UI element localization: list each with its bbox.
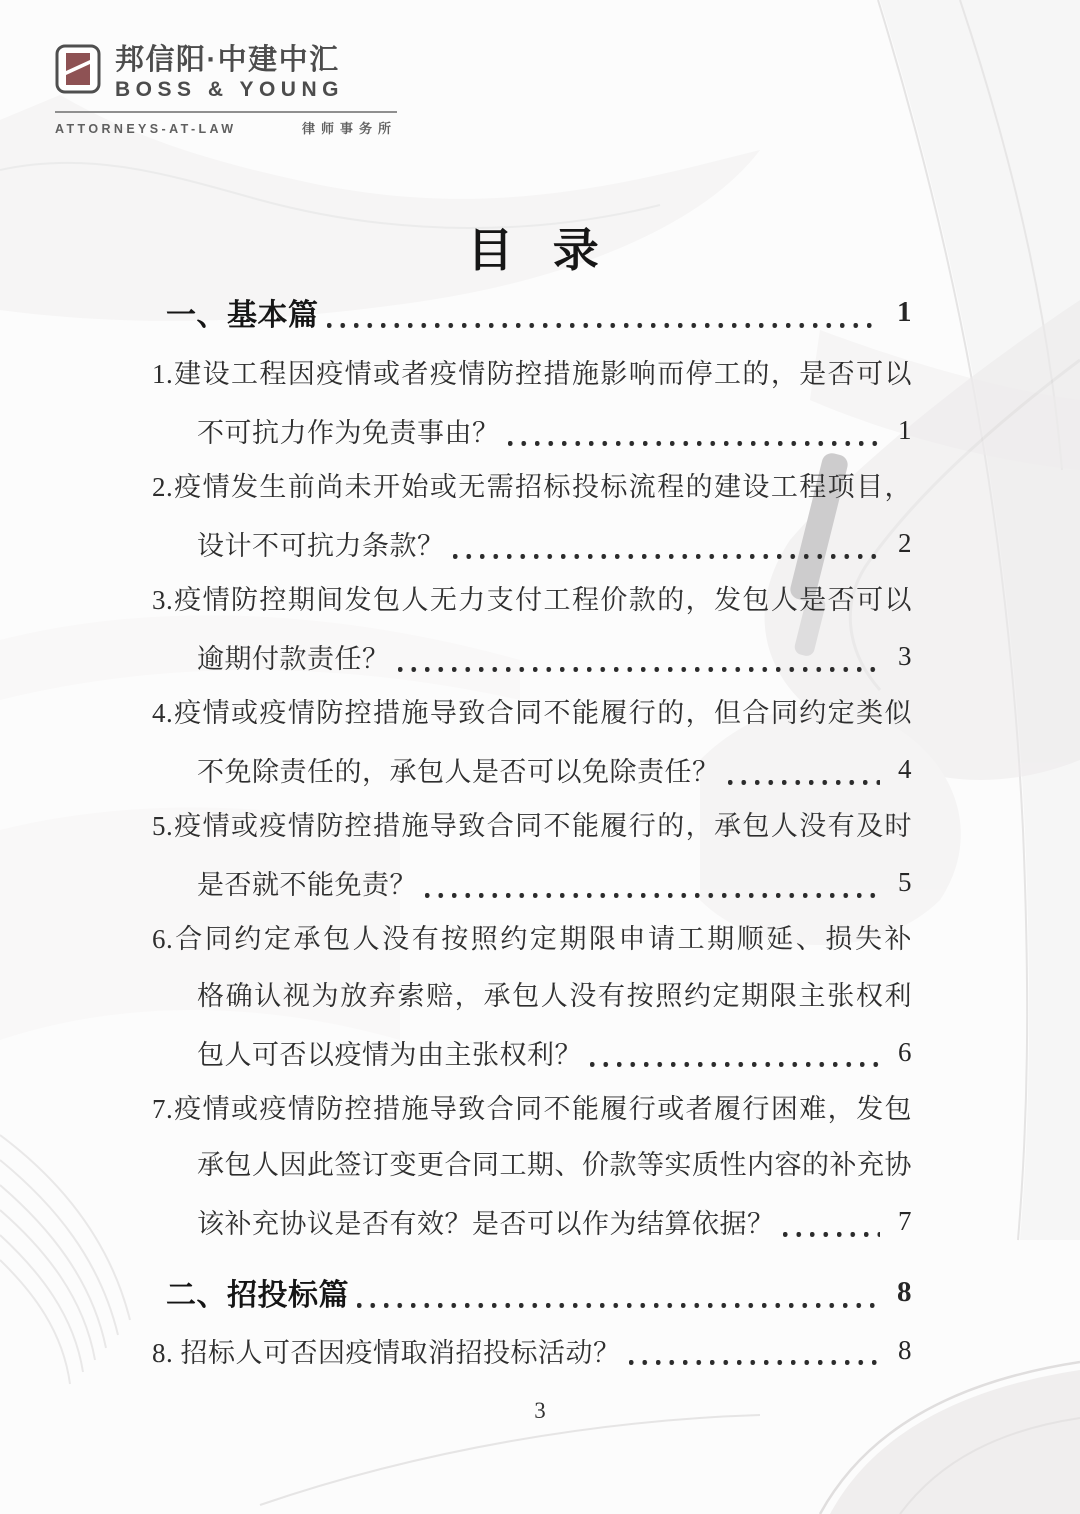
toc-line: 该补充协议是否有效？是否可以作为结算依据？7 [152, 1194, 912, 1251]
toc-item: 2.疫情发生前尚未开始或无需招标投标流程的建设工程项目，如何设计不可抗力条款？2 [152, 459, 912, 572]
toc-line: 7.疫情或疫情防控措施导致合同不能履行或者履行困难，发包人和 [152, 1081, 912, 1138]
dot-leader [425, 855, 880, 912]
toc-item: 4.疫情或疫情防控措施导致合同不能履行的，但合同约定类似情形不免除责任的，承包人… [152, 685, 912, 798]
toc-line: 格确认视为放弃索赔，承包人没有按照约定期限主张权利的，承 [152, 968, 912, 1025]
toc-line: 6.合同约定承包人没有按照约定期限申请工期顺延、损失补偿、价 [152, 911, 912, 968]
toc-item: 1.建设工程因疫情或者疫情防控措施影响而停工的，是否可以适用不可抗力作为免责事由… [152, 346, 912, 459]
toc-line: 逾期付款责任？3 [152, 629, 912, 686]
toc-item: 5.疫情或疫情防控措施导致合同不能履行的，承包人没有及时通知是否就不能免责？5 [152, 798, 912, 911]
toc-line-text: 二、招投标篇 [166, 1270, 349, 1314]
toc-line: 承包人因此签订变更合同工期、价款等实质性内容的补充协议的， [152, 1137, 912, 1194]
toc-line-text: 不免除责任的，承包人是否可以免除责任？ [197, 750, 720, 789]
toc-line-text: 包人可否以疫情为由主张权利？ [197, 1033, 582, 1072]
page-ref: 5 [890, 867, 912, 898]
toc-item: 3.疫情防控期间发包人无力支付工程价款的，发包人是否可以免除逾期付款责任？3 [152, 572, 912, 685]
toc-line: 5.疫情或疫情防控措施导致合同不能履行的，承包人没有及时通知 [152, 798, 912, 855]
toc-line-text: 设计不可抗力条款？ [197, 524, 445, 563]
page-ref: 1 [890, 296, 912, 329]
logo-divider [55, 111, 397, 113]
toc-list: 一、基本篇11.建设工程因疫情或者疫情防控措施影响而停工的，是否可以适用不可抗力… [152, 282, 912, 1379]
dot-leader [398, 629, 881, 686]
toc-line-text: 8. 招标人可否因疫情取消招投标活动？ [152, 1331, 621, 1370]
toc-line: 8. 招标人可否因疫情取消招投标活动？8 [152, 1322, 912, 1379]
dot-leader [357, 1266, 880, 1318]
toc-line: 包人可否以疫情为由主张权利？6 [152, 1024, 912, 1081]
page-ref: 4 [890, 754, 912, 785]
dot-leader [453, 516, 881, 573]
page-ref: 7 [890, 1206, 912, 1237]
bottomleft-feather-shape [0, 1135, 130, 1384]
logo-tagline-cn: 律师事务所 [302, 118, 397, 137]
toc-line: 是否就不能免责？5 [152, 855, 912, 912]
dot-leader [327, 286, 881, 338]
toc-line: 一、基本篇1 [152, 286, 912, 338]
toc-line-text: 逾期付款责任？ [197, 637, 390, 676]
toc-line: 二、招投标篇8 [152, 1266, 912, 1318]
toc-line-text: 一、基本篇 [166, 290, 319, 334]
logo-cn-name: 邦信阳·中建中汇 [115, 46, 344, 75]
dot-leader [508, 403, 881, 460]
page-ref: 8 [890, 1335, 912, 1366]
toc-section: 一、基本篇1 [152, 286, 912, 338]
page-ref: 2 [890, 528, 912, 559]
footer-page-number: 3 [0, 1398, 1080, 1424]
logo-en-name: BOSS & YOUNG [115, 78, 344, 101]
logo-tagline-en: ATTORNEYS-AT-LAW [55, 122, 236, 136]
dot-leader [629, 1322, 881, 1379]
toc-section: 二、招投标篇8 [152, 1266, 912, 1318]
toc-line-text: 是否就不能免责？ [197, 863, 417, 902]
toc-line-text: 该补充协议是否有效？是否可以作为结算依据？ [197, 1202, 775, 1241]
boss-young-logo-icon [55, 44, 101, 94]
dot-leader [783, 1194, 881, 1251]
toc-item: 6.合同约定承包人没有按照约定期限申请工期顺延、损失补偿、价格确认视为放弃索赔，… [152, 911, 912, 1081]
toc-line: 不免除责任的，承包人是否可以免除责任？4 [152, 742, 912, 799]
toc-item: 8. 招标人可否因疫情取消招投标活动？8 [152, 1322, 912, 1379]
toc-line: 2.疫情发生前尚未开始或无需招标投标流程的建设工程项目，如何 [152, 459, 912, 516]
page-ref: 1 [890, 415, 912, 446]
dot-leader [590, 1024, 880, 1081]
toc-line-text: 不可抗力作为免责事由？ [197, 411, 500, 450]
law-firm-logo: 邦信阳·中建中汇 BOSS & YOUNG ATTORNEYS-AT-LAW 律… [55, 44, 397, 137]
bottomright-band-shape [830, 1370, 1080, 1514]
logo-tagline: ATTORNEYS-AT-LAW 律师事务所 [55, 118, 397, 137]
toc-line: 设计不可抗力条款？2 [152, 516, 912, 573]
page-ref: 6 [890, 1037, 912, 1068]
page-ref: 8 [890, 1276, 912, 1309]
dot-leader [728, 742, 881, 799]
page-title: 目 录 [0, 214, 1080, 280]
toc-line: 3.疫情防控期间发包人无力支付工程价款的，发包人是否可以免除 [152, 572, 912, 629]
toc-item: 7.疫情或疫情防控措施导致合同不能履行或者履行困难，发包人和承包人因此签订变更合… [152, 1081, 912, 1251]
page-ref: 3 [890, 641, 912, 672]
toc-line: 4.疫情或疫情防控措施导致合同不能履行的，但合同约定类似情形 [152, 685, 912, 742]
toc-line: 不可抗力作为免责事由？1 [152, 403, 912, 460]
toc-line: 1.建设工程因疫情或者疫情防控措施影响而停工的，是否可以适用 [152, 346, 912, 403]
